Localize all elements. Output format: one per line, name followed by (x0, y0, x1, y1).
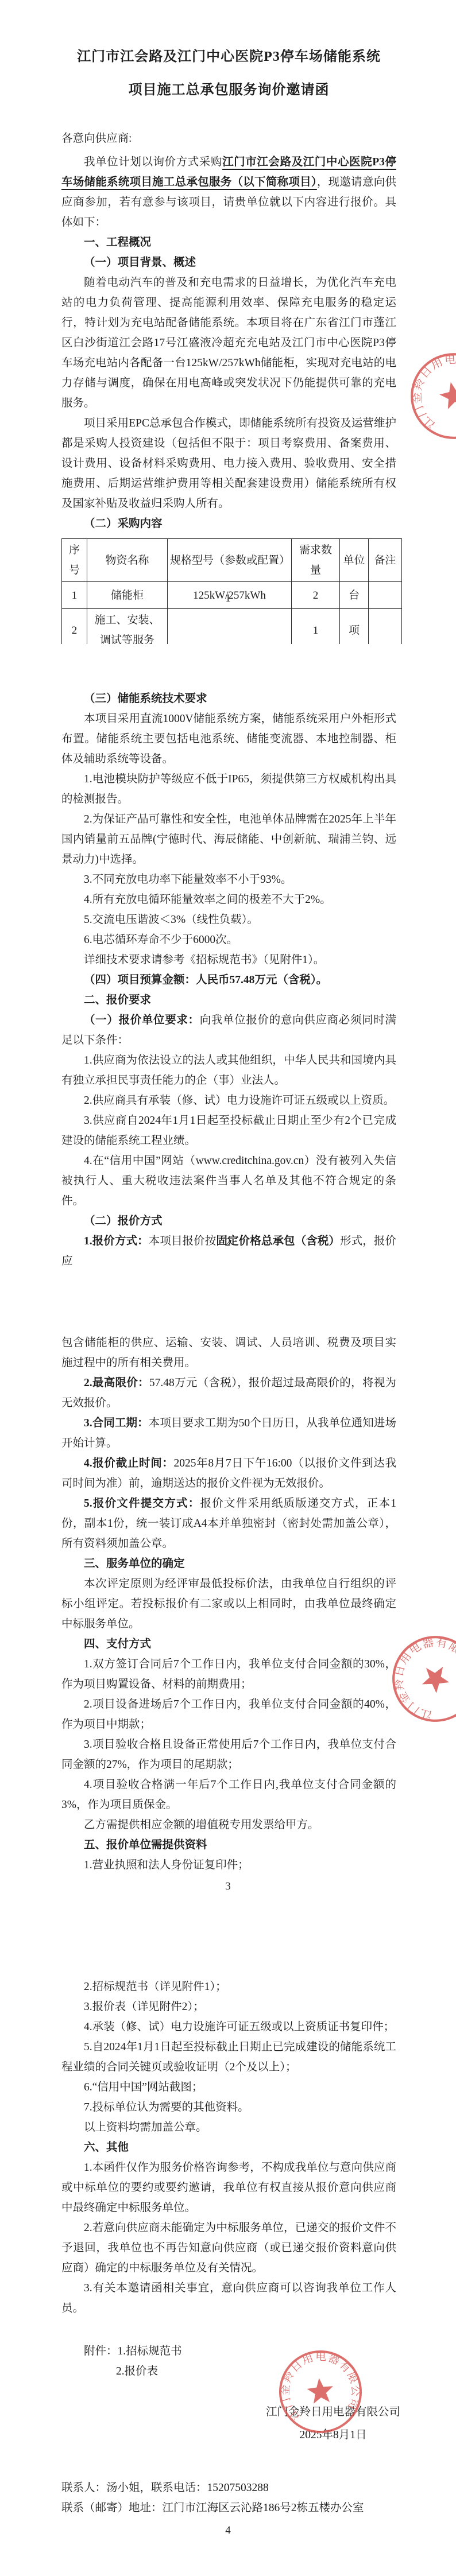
signature-block: 江门金羚日用电器有限公司 2025年8月1日 (258, 2401, 408, 2447)
other-item: 1.本函件仅作为服务价格咨询参考，不构成我单位与意向供应商或中标单位的要约或要约… (61, 2158, 396, 2218)
page-3-content: 包含储能柜的供应、运输、安装、调试、人员培训、税费及项目实施过程中的所有相关费用… (0, 1288, 456, 1875)
heading-required-materials: 五、报价单位需提供资料 (61, 1835, 396, 1855)
other-item: 3.有关本邀请函相关事宜，意向供应商可以咨询我单位工作人员。 (61, 2278, 396, 2318)
page-4-content: 2.招标规范书（详见附件1）； 3.报价表（详见附件2）； 4.承装（修、试）电… (0, 1932, 456, 2518)
doc-title-line-1: 江门市江会路及江门中心医院P3停车场储能系统 (61, 40, 396, 73)
tech-item: 4.所有充放电循环能量效率之间的极差不大于2%。 (61, 890, 396, 910)
page-4: 2.招标规范书（详见附件1）； 3.报价表（详见附件2）； 4.承装（修、试）电… (0, 1932, 456, 2576)
bidder-item: 4.在“信用中国”网站（www.creditchina.gov.cn）没有被列入… (61, 1151, 396, 1211)
table-row: 2 施工、安装、调试等服务 1 项 (62, 609, 402, 645)
payment-invoice-note: 乙方需提供相应金额的增值税专用发票给甲方。 (61, 1815, 396, 1835)
col-remark: 备注 (369, 539, 402, 582)
bidder-requirements: （一）报价单位要求：向我单位报价的意向供应商必须同时满足以下条件： (61, 1010, 396, 1050)
submission-item: 5.报价文件提交方式：报价文件采用纸质版递交方式，正本1份，副本1份，统一装订成… (61, 1493, 396, 1554)
paragraph-award-method: 本次评定原则为经评审最低投标价法，由我单位自行组织的评标小组评定。若投标报价有二… (61, 1574, 396, 1634)
cell-unit: 项 (340, 609, 369, 645)
contact-person-line: 联系人：汤小姐，联系电话：15207503288 (61, 2478, 396, 2498)
heading-project-background: （一）项目背景、概述 (61, 253, 396, 273)
cell-material-name: 施工、安装、调试等服务 (87, 609, 168, 645)
col-index: 序号 (62, 539, 87, 582)
bidder-item: 3.供应商自2024年1月1日起至投标截止日期止至少有2个已完成建设的储能系统工… (61, 1111, 396, 1151)
payment-item: 1.双方签订合同后7个工作日内，我单位支付合同金额的30%，作为项目购置设备、材… (61, 1654, 396, 1694)
col-spec-model: 规格型号（参数或配置） (168, 539, 292, 582)
heading-quote-requirements: 二、报价要求 (61, 990, 396, 1010)
heading-payment-method: 四、支付方式 (61, 1634, 396, 1654)
paragraph-background: 随着电动汽车的普及和充电需求的日益增长，为优化汽车充电站的电力负荷管理、提高能源… (61, 273, 396, 413)
deadline-item: 4.报价截止时间：2025年8月7日下午16:00（以报价文件到达我司时间为准）… (61, 1453, 396, 1493)
page-number: 1 (0, 592, 456, 605)
heading-award-determination: 三、服务单位的确定 (61, 1554, 396, 1574)
heading-procurement-content: （二）采购内容 (61, 514, 396, 534)
attachments-line-1: 附件：1.招标规范书 (61, 2341, 396, 2361)
page-2: （三）储能系统技术要求 本项目采用直流1000V储能系统方案，储能系统采用户外柜… (0, 644, 456, 1288)
issuer-company-name: 江门金羚日用电器有限公司 (258, 2401, 408, 2424)
tech-item: 3.不同充放电功率下能量效率不小于93%。 (61, 870, 396, 890)
deadline-label: 4.报价截止时间： (84, 1457, 174, 1469)
page-number: 2 (0, 1236, 456, 1249)
contact-block: 联系人：汤小姐，联系电话：15207503288 联系（邮寄）地址：江门市江海区… (61, 2478, 396, 2518)
materials-seal-note: 以上资料均需加盖公章。 (61, 2117, 396, 2137)
continuation-paragraph: 包含储能柜的供应、运输、安装、调试、人员培训、税费及项目实施过程中的所有相关费用… (61, 1333, 396, 1373)
cell-index: 2 (62, 609, 87, 645)
heading-quote-method: （二）报价方式 (61, 1211, 396, 1231)
page-number: 3 (0, 1880, 456, 1893)
material-item: 2.招标规范书（详见附件1）； (61, 1977, 396, 1997)
col-quantity: 需求数量 (292, 539, 340, 582)
contract-duration-label: 3.合同工期： (84, 1417, 149, 1429)
other-item: 2.若意向供应商未能确定为中标服务单位，已递交的报价文件不予退回，我单位也不再告… (61, 2218, 396, 2278)
tech-item: 5.交流电压谐波＜3%（线性负载）。 (61, 910, 396, 930)
table-header-row: 序号 物资名称 规格型号（参数或配置） 需求数量 单位 备注 (62, 539, 402, 582)
paragraph-epc-model: 项目采用EPC总承包合作模式，即储能系统所有投资及运营维护都是采购人投资建设（包… (61, 413, 396, 514)
tech-item: 6.电芯循环寿命不少于6000次。 (61, 930, 396, 950)
heading-budget: （四）项目预算金额：人民币57.48万元（含税）。 (61, 970, 396, 990)
cell-remark (369, 609, 402, 645)
bidder-item: 1.供应商为依法设立的法人或其他组织，中华人民共和国境内具有独立承担民事责任能力… (61, 1050, 396, 1091)
payment-item: 3.项目验收合格且设备正常使用后7个工作日内，我单位支付合同金额的27%，作为项… (61, 1735, 396, 1775)
tech-item: 2.为保证产品可靠性和安全性，电池单体品牌需在2025年上半年国内销量前五品牌(… (61, 809, 396, 870)
cell-spec-model (168, 609, 292, 645)
procurement-table: 序号 物资名称 规格型号（参数或配置） 需求数量 单位 备注 1 储能柜 125… (61, 538, 402, 644)
max-price-item: 2.最高限价：57.48万元（含税），报价超过最高限价的，将视为无效报价。 (61, 1373, 396, 1413)
page-1-content: 江门市江会路及江门中心医院P3停车场储能系统 项目施工总承包服务询价邀请函 各意… (0, 0, 456, 644)
material-item: 3.报价表（详见附件2）； (61, 1997, 396, 2017)
heading-tech-requirements: （三）储能系统技术要求 (61, 689, 396, 709)
page-2-content: （三）储能系统技术要求 本项目采用直流1000V储能系统方案，储能系统采用户外柜… (0, 644, 456, 1271)
attachments-line-2: 2.报价表 (61, 2361, 396, 2381)
intro-paragraph: 我单位计划以询价方式采购江门市江会路及江门中心医院P3停车场储能系统项目施工总承… (61, 152, 396, 232)
submission-label: 5.报价文件提交方式： (84, 1498, 200, 1510)
bidder-item: 2.供应商具有承装（修、试）电力设施许可证五级或以上资质。 (61, 1091, 396, 1111)
contact-address-line: 联系（邮寄）地址：江门市江海区云沁路186号2栋五楼办公室 (61, 2498, 396, 2518)
page-3: 包含储能柜的供应、运输、安装、调试、人员培训、税费及项目实施过程中的所有相关费用… (0, 1288, 456, 1932)
col-unit: 单位 (340, 539, 369, 582)
material-item: 5.自2024年1月1日起至投标截止日期止已完成建设的储能系统工程业绩的合同关键… (61, 2037, 396, 2077)
tech-item: 1.电池模块防护等级应不低于IP65，须提供第三方权威机构出具的检测报告。 (61, 769, 396, 809)
tech-note: 详细技术要求请参考《招标规范书》（见附件1）。 (61, 950, 396, 970)
heading-project-overview: 一、工程概况 (61, 232, 396, 253)
material-item: 4.承装（修、试）电力设施许可证五级或以上资质证书复印件； (61, 2017, 396, 2037)
material-item: 7.投标单位认为需要的其他资料。 (61, 2097, 396, 2117)
paragraph-tech-overview: 本项目采用直流1000V储能系统方案，储能系统采用户外柜形式布置。储能系统主要包… (61, 709, 396, 769)
salutation: 各意向供应商: (61, 129, 396, 149)
doc-title-line-2: 项目施工总承包服务询价邀请函 (61, 73, 396, 107)
material-item: 6.“信用中国”网站截图； (61, 2077, 396, 2097)
cell-quantity: 1 (292, 609, 340, 645)
contract-duration-item: 3.合同工期：本项目要求工期为50个日历日，从我单位通知进场开始计算。 (61, 1413, 396, 1453)
bidder-requirements-label: （一）报价单位要求： (84, 1014, 200, 1026)
issue-date: 2025年8月1日 (258, 2424, 408, 2447)
page-1: 江门市江会路及江门中心医院P3停车场储能系统 项目施工总承包服务询价邀请函 各意… (0, 0, 456, 644)
max-price-label: 2.最高限价： (84, 1377, 149, 1389)
col-material-name: 物资名称 (87, 539, 168, 582)
page-number: 4 (0, 2524, 456, 2537)
heading-other: 六、其他 (61, 2137, 396, 2158)
material-item: 1.营业执照和法人身份证复印件； (61, 1855, 396, 1875)
payment-item: 2.项目设备进场后7个工作日内，我单位支付合同金额的40%，作为项目中期款； (61, 1694, 396, 1735)
payment-item: 4.项目验收合格满一年后7个工作日内,我单位支付合同金额的3%，作为项目质保金。 (61, 1775, 396, 1815)
scanned-document: 江门市江会路及江门中心医院P3停车场储能系统 项目施工总承包服务询价邀请函 各意… (0, 0, 456, 2576)
intro-pre-text: 我单位计划以询价方式采购 (84, 156, 222, 168)
